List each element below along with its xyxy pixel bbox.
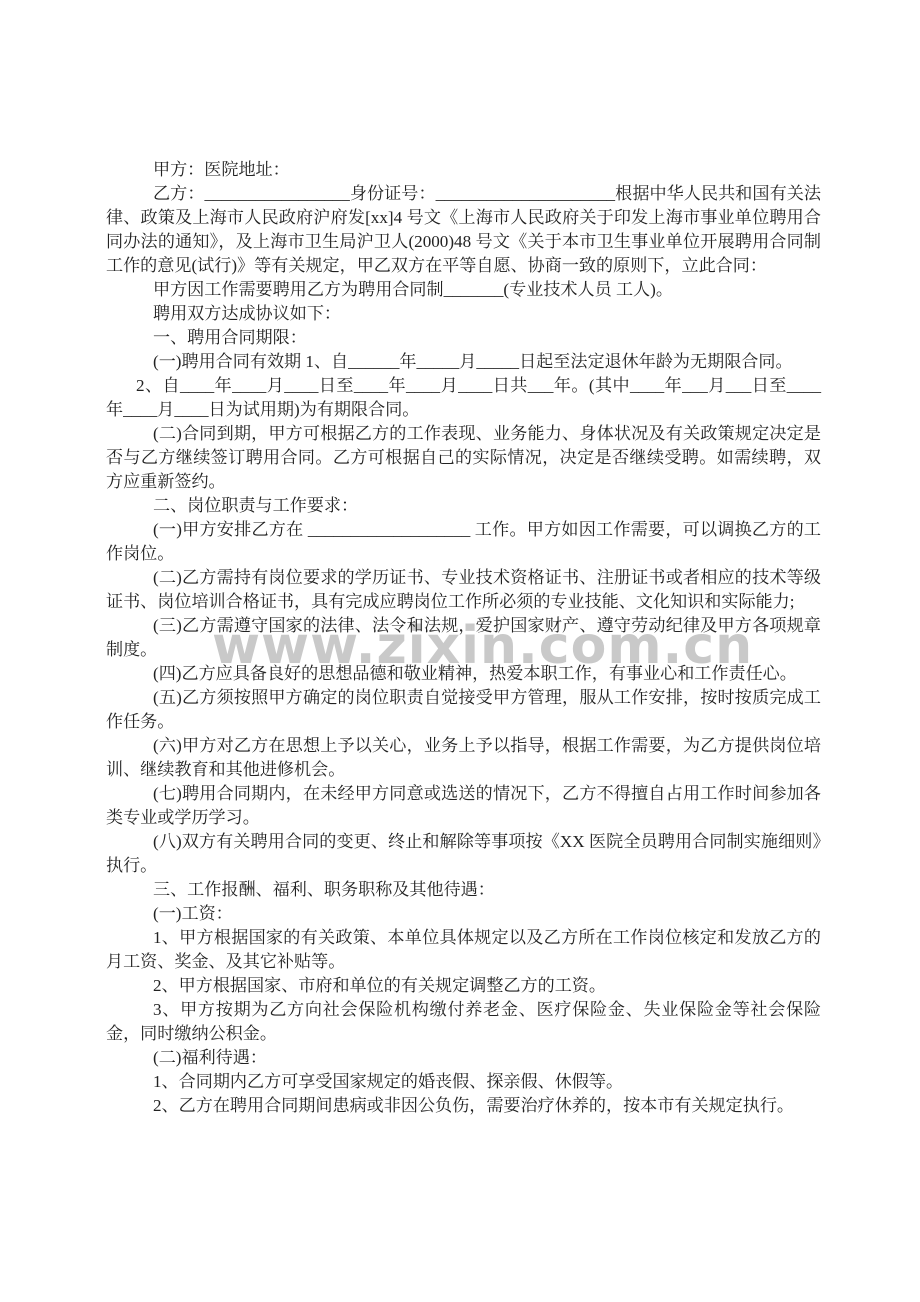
paragraph: 甲方：医院地址： xyxy=(106,158,821,182)
paragraph: (八)双方有关聘用合同的变更、终止和解除等事项按《XX 医院全员聘用合同制实施细… xyxy=(106,830,821,878)
paragraph: 三、工作报酬、福利、职务职称及其他待遇： xyxy=(106,878,821,902)
paragraph: 1、甲方根据国家的有关政策、本单位具体规定以及乙方所在工作岗位核定和发放乙方的月… xyxy=(106,926,821,974)
paragraph: 甲方因工作需要聘用乙方为聘用合同制_______(专业技术人员 工人)。 xyxy=(106,278,821,302)
paragraph: 二、岗位职责与工作要求： xyxy=(106,494,821,518)
paragraph: 2、甲方根据国家、市府和单位的有关规定调整乙方的工资。 xyxy=(106,974,821,998)
paragraph: 2、自____年____月____日至____年____月____日共___年。… xyxy=(106,374,821,422)
paragraph: 2、乙方在聘用合同期间患病或非因公负伤，需要治疗休养的，按本市有关规定执行。 xyxy=(106,1094,821,1118)
paragraph: (一)甲方安排乙方在 ___________________ 工作。甲方如因工作… xyxy=(106,518,821,566)
paragraph: 3、甲方按期为乙方向社会保险机构缴付养老金、医疗保险金、失业保险金等社会保险金，… xyxy=(106,998,821,1046)
paragraph: 一、聘用合同期限： xyxy=(106,326,821,350)
paragraph: (二)合同到期，甲方可根据乙方的工作表现、业务能力、身体状况及有关政策规定决定是… xyxy=(106,422,821,494)
paragraph: (六)甲方对乙方在思想上予以关心，业务上予以指导，根据工作需要，为乙方提供岗位培… xyxy=(106,734,821,782)
paragraph: (一)聘用合同有效期 1、自______年_____月_____日起至法定退休年… xyxy=(106,350,821,374)
paragraph: (四)乙方应具备良好的思想品德和敬业精神，热爱本职工作，有事业心和工作责任心。 xyxy=(106,662,821,686)
paragraph: (三)乙方需遵守国家的法律、法令和法规，爱护国家财产、遵守劳动纪律及甲方各项规章… xyxy=(106,614,821,662)
document-page: www.zixin.com.cn 甲方：医院地址：乙方：____________… xyxy=(0,0,920,1302)
document-body: 甲方：医院地址：乙方：_________________身份证号：_______… xyxy=(106,158,821,1118)
paragraph: (二)福利待遇： xyxy=(106,1046,821,1070)
paragraph: 聘用双方达成协议如下： xyxy=(106,302,821,326)
paragraph: 乙方：_________________身份证号：_______________… xyxy=(106,182,821,278)
paragraph: (一)工资： xyxy=(106,902,821,926)
paragraph: (五)乙方须按照甲方确定的岗位职责自觉接受甲方管理，服从工作安排，按时按质完成工… xyxy=(106,686,821,734)
paragraph: (七)聘用合同期内，在未经甲方同意或选送的情况下，乙方不得擅自占用工作时间参加各… xyxy=(106,782,821,830)
paragraph: (二)乙方需持有岗位要求的学历证书、专业技术资格证书、注册证书或者相应的技术等级… xyxy=(106,566,821,614)
paragraph: 1、合同期内乙方可享受国家规定的婚丧假、探亲假、休假等。 xyxy=(106,1070,821,1094)
